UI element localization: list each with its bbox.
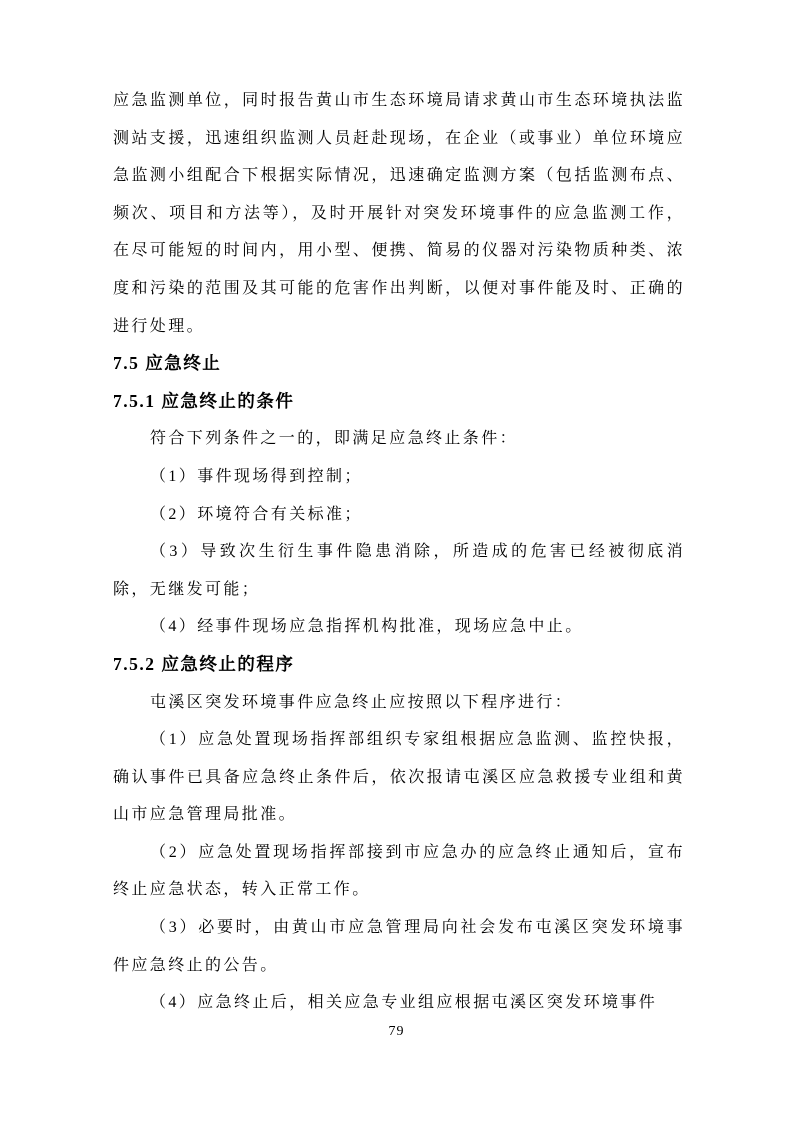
document-body: 应急监测单位，同时报告黄山市生态环境局请求黄山市生态环境执法监测站支援，迅速组织… (113, 82, 685, 1022)
page-number: 79 (0, 1024, 793, 1040)
paragraph: 符合下列条件之一的，即满足应急终止条件： (113, 420, 685, 458)
paragraph: （3）必要时，由黄山市应急管理局向社会发布屯溪区突发环境事件应急终止的公告。 (113, 909, 685, 984)
paragraph: 应急监测单位，同时报告黄山市生态环境局请求黄山市生态环境执法监测站支援，迅速组织… (113, 82, 685, 345)
paragraph: （3）导致次生衍生事件隐患消除，所造成的危害已经被彻底消除，无继发可能； (113, 533, 685, 608)
paragraph: （2）应急处置现场指挥部接到市应急办的应急终止通知后，宣布终止应急状态，转入正常… (113, 834, 685, 909)
section-heading: 7.5 应急终止 (113, 345, 685, 383)
paragraph: （2）环境符合有关标准； (113, 496, 685, 534)
paragraph: （4）经事件现场应急指挥机构批准，现场应急中止。 (113, 608, 685, 646)
paragraph: （4）应急终止后，相关应急专业组应根据屯溪区突发环境事件 (113, 984, 685, 1022)
paragraph: （1）事件现场得到控制； (113, 458, 685, 496)
section-heading: 7.5.1 应急终止的条件 (113, 383, 685, 421)
paragraph: （1）应急处置现场指挥部组织专家组根据应急监测、监控快报，确认事件已具备应急终止… (113, 721, 685, 834)
section-heading: 7.5.2 应急终止的程序 (113, 646, 685, 684)
document-page: 应急监测单位，同时报告黄山市生态环境局请求黄山市生态环境执法监测站支援，迅速组织… (0, 0, 793, 1122)
paragraph: 屯溪区突发环境事件应急终止应按照以下程序进行： (113, 684, 685, 722)
